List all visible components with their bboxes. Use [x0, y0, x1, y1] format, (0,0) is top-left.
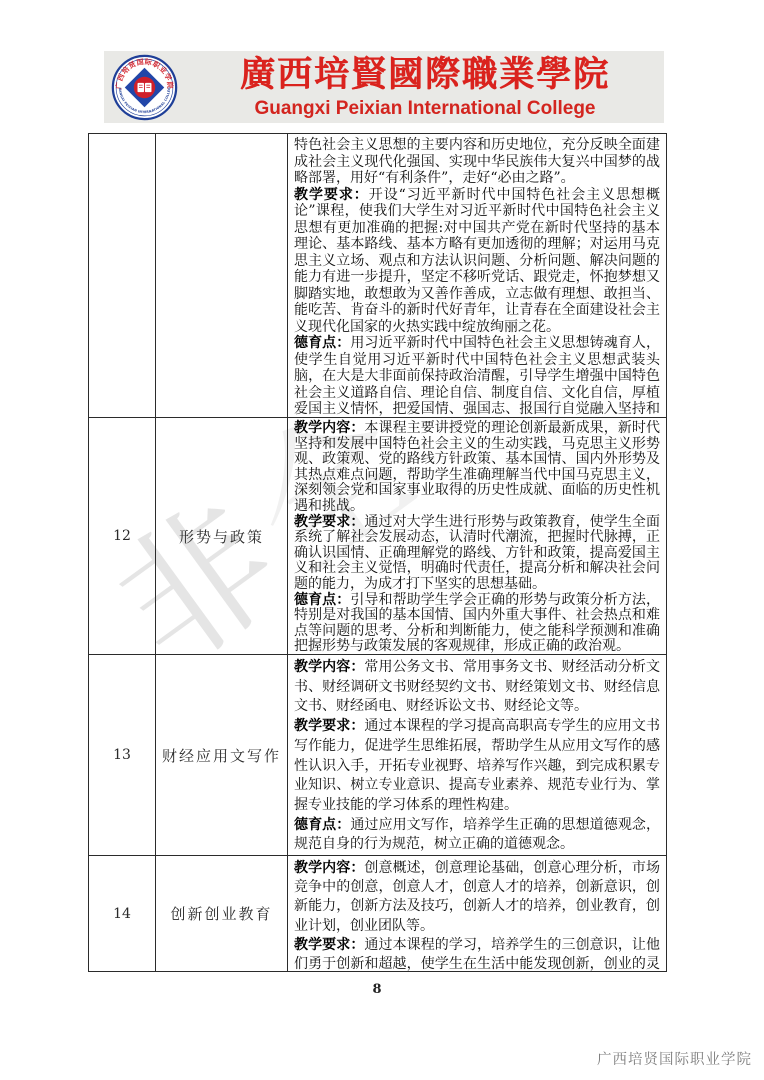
paragraph-label: 教学内容： — [294, 420, 364, 436]
course-name-cell — [156, 134, 288, 418]
course-row: 特色社会主义思想的主要内容和历史地位，充分反映全面建成社会主义现代化强国、实现中… — [89, 134, 667, 418]
course-desc-cell: 教学内容：常用公务文书、常用事务文书、财经活动分析文书、财经调研文书财经契约文书… — [288, 655, 667, 856]
course-paragraph: 教学要求：开设“习近平新时代中国特色社会主义思想概论”课程，使我们大学生对习近平… — [294, 187, 660, 336]
college-header-banner: 广西培贤国际职业学院 GUANGXI PEIXIAN INTERNATIONAL… — [104, 51, 664, 123]
course-row: 13财经应用文写作教学内容：常用公务文书、常用事务文书、财经活动分析文书、财经调… — [89, 655, 667, 856]
course-paragraph: 教学内容：常用公务文书、常用事务文书、财经活动分析文书、财经调研文书财经契约文书… — [294, 658, 660, 717]
paragraph-label: 教学要求： — [294, 718, 364, 734]
course-row: 14创新创业教育教学内容：创意概述，创意理论基础，创意心理分析，市场竞争中的创意… — [89, 856, 667, 972]
course-paragraph: 德育点：通过应用文写作，培养学生正确的思想道德观念，规范自身的行为规范，树立正确… — [294, 816, 660, 855]
course-description-table: 特色社会主义思想的主要内容和历史地位，充分反映全面建成社会主义现代化强国、实现中… — [88, 133, 667, 972]
course-paragraph: 教学要求：通过本课程的学习，培养学生的三创意识，让他们勇于创新和超越，使学生在生… — [294, 936, 660, 971]
college-titles: 廣西培賢國際職業學院 Guangxi Peixian International… — [192, 51, 658, 123]
college-name-zh: 廣西培賢國際職業學院 — [192, 51, 658, 99]
course-paragraph: 德育点：引导和帮助学生学会正确的形势与政策分析方法，特别是对我国的基本国情、国内… — [294, 593, 660, 654]
course-name-cell: 形势与政策 — [156, 418, 288, 655]
course-row: 12形势与政策教学内容：本课程主要讲授党的理论创新最新成果，新时代坚持和发展中国… — [89, 418, 667, 655]
course-paragraph: 教学内容：创意概述，创意理论基础，创意心理分析，市场竞争中的创意，创意人才，创意… — [294, 859, 660, 936]
paragraph-label: 德育点： — [294, 335, 350, 351]
footer-college-name: 广西培贤国际职业学院 — [597, 1048, 752, 1069]
course-desc-cell: 特色社会主义思想的主要内容和历史地位，充分反映全面建成社会主义现代化强国、实现中… — [288, 134, 667, 418]
course-no-cell: 14 — [89, 856, 156, 972]
paragraph-label: 德育点： — [294, 817, 350, 833]
course-paragraph: 教学内容：本课程主要讲授党的理论创新最新成果，新时代坚持和发展中国特色社会主义的… — [294, 421, 660, 515]
logo-center-disc — [134, 77, 155, 98]
course-table-body: 特色社会主义思想的主要内容和历史地位，充分反映全面建成社会主义现代化强国、实现中… — [89, 134, 667, 972]
paragraph-label: 教学内容： — [294, 659, 364, 675]
course-name-cell: 创新创业教育 — [156, 856, 288, 972]
course-paragraph: 教学要求：通过对大学生进行形势与政策教育，使学生全面系统了解社会发展动态，认清时… — [294, 515, 660, 593]
course-paragraph: 德育点：用习近平新时代中国特色社会主义思想铸魂育人，使学生自觉用习近平新时代中国… — [294, 335, 660, 417]
paragraph-label: 教学要求： — [294, 514, 364, 530]
paragraph-label: 德育点： — [294, 592, 350, 608]
college-logo-icon: 广西培贤国际职业学院 GUANGXI PEIXIAN INTERNATIONAL… — [111, 54, 178, 121]
college-name-en: Guangxi Peixian International College — [192, 99, 658, 119]
course-paragraph: 教学要求：通过本课程的学习提高高职高专学生的应用文书写作能力，促进学生思维拓展，… — [294, 717, 660, 816]
course-no-cell: 13 — [89, 655, 156, 856]
course-no-cell: 12 — [89, 418, 156, 655]
course-paragraph: 特色社会主义思想的主要内容和历史地位，充分反映全面建成社会主义现代化强国、实现中… — [294, 137, 660, 187]
course-name-cell: 财经应用文写作 — [156, 655, 288, 856]
paragraph-label: 教学内容： — [294, 860, 364, 876]
paragraph-label: 教学要求： — [294, 187, 369, 203]
document-page: { "colors": { "accent_red": "#da231e", "… — [0, 0, 764, 1080]
course-no-cell — [89, 134, 156, 418]
page-number: 8 — [88, 982, 666, 997]
course-desc-cell: 教学内容：本课程主要讲授党的理论创新最新成果，新时代坚持和发展中国特色社会主义的… — [288, 418, 667, 655]
course-desc-cell: 教学内容：创意概述，创意理论基础，创意心理分析，市场竞争中的创意，创意人才，创意… — [288, 856, 667, 972]
paragraph-label: 教学要求： — [294, 937, 364, 953]
